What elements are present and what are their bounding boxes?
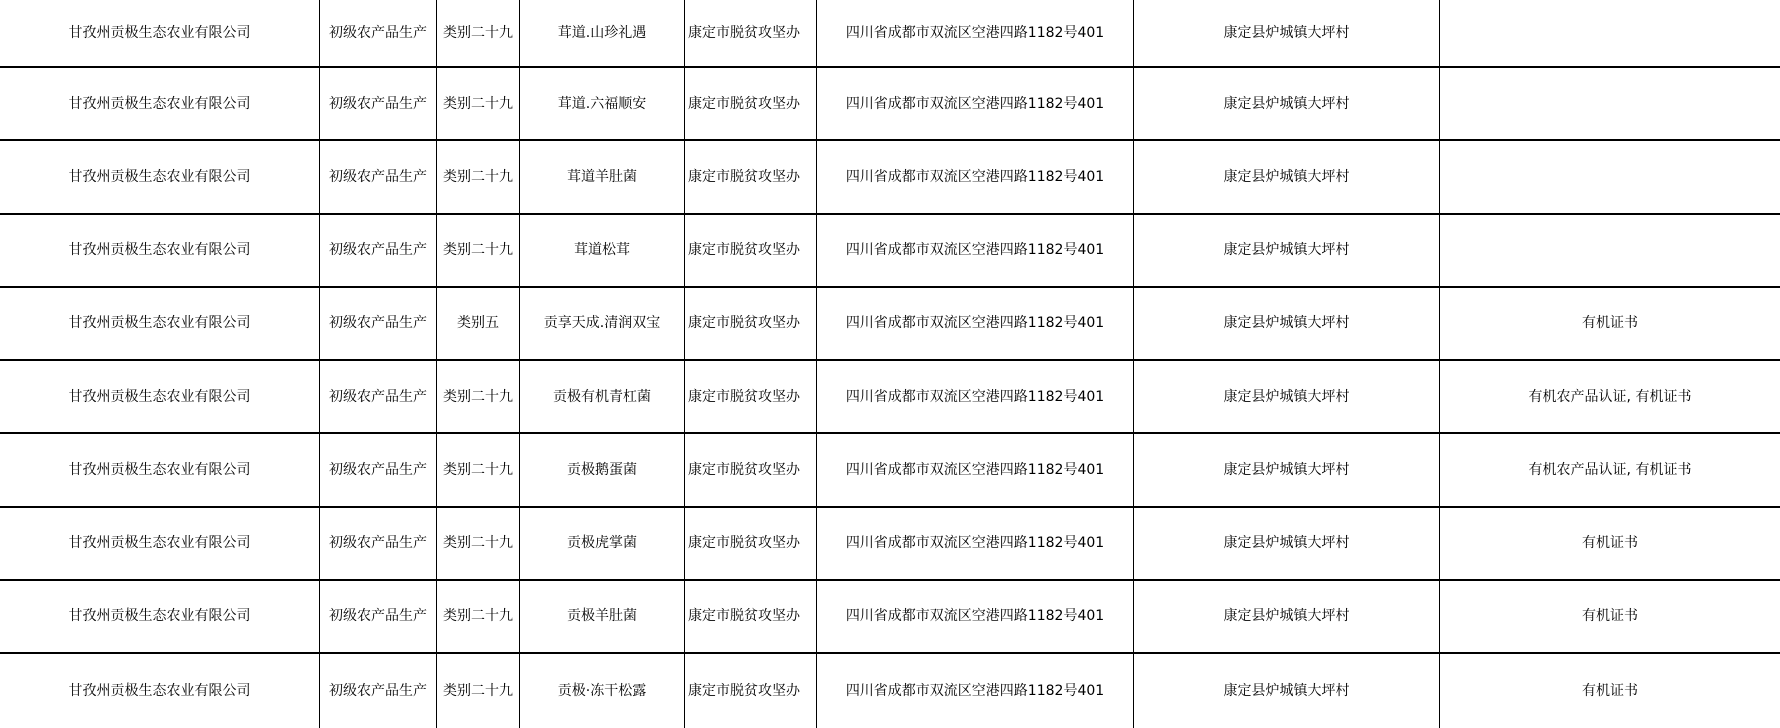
- table-row: 甘孜州贡极生态农业有限公司初级农产品生产类别二十九贡极·冻干松露康定市脱贫攻坚办…: [0, 654, 1780, 728]
- cell-business-type: 初级农产品生产: [320, 141, 437, 212]
- cell-category: 类别二十九: [437, 361, 520, 432]
- table-row: 甘孜州贡极生态农业有限公司初级农产品生产类别二十九贡极虎掌菌康定市脱贫攻坚办四川…: [0, 508, 1780, 581]
- cell-business-type: 初级农产品生产: [320, 361, 437, 432]
- cell-category: 类别二十九: [437, 654, 520, 728]
- cell-company-name: 甘孜州贡极生态农业有限公司: [0, 361, 320, 432]
- cell-production-site: 康定县炉城镇大坪村: [1134, 361, 1440, 432]
- cell-certification: [1440, 215, 1780, 286]
- cell-product-name: 贡极·冻干松露: [520, 654, 685, 728]
- cell-record-office: 康定市脱贫攻坚办: [685, 508, 817, 579]
- cell-production-site: 康定县炉城镇大坪村: [1134, 434, 1440, 505]
- cell-business-type: 初级农产品生产: [320, 581, 437, 652]
- cell-record-office: 康定市脱贫攻坚办: [685, 581, 817, 652]
- cell-company-address: 四川省成都市双流区空港四路1182号401: [817, 0, 1134, 66]
- cell-business-type: 初级农产品生产: [320, 215, 437, 286]
- cell-production-site: 康定县炉城镇大坪村: [1134, 508, 1440, 579]
- cell-business-type: 初级农产品生产: [320, 434, 437, 505]
- cell-company-address: 四川省成都市双流区空港四路1182号401: [817, 434, 1134, 505]
- cell-production-site: 康定县炉城镇大坪村: [1134, 0, 1440, 66]
- cell-category: 类别二十九: [437, 581, 520, 652]
- cell-product-name: 茸道.山珍礼遇: [520, 0, 685, 66]
- table-row: 甘孜州贡极生态农业有限公司初级农产品生产类别二十九贡极羊肚菌康定市脱贫攻坚办四川…: [0, 581, 1780, 654]
- cell-company-address: 四川省成都市双流区空港四路1182号401: [817, 581, 1134, 652]
- cell-certification: [1440, 68, 1780, 139]
- cell-category: 类别五: [437, 288, 520, 359]
- cell-production-site: 康定县炉城镇大坪村: [1134, 581, 1440, 652]
- cell-company-name: 甘孜州贡极生态农业有限公司: [0, 581, 320, 652]
- cell-company-address: 四川省成都市双流区空港四路1182号401: [817, 654, 1134, 728]
- cell-production-site: 康定县炉城镇大坪村: [1134, 654, 1440, 728]
- cell-company-name: 甘孜州贡极生态农业有限公司: [0, 0, 320, 66]
- cell-record-office: 康定市脱贫攻坚办: [685, 361, 817, 432]
- cell-product-name: 贡极羊肚菌: [520, 581, 685, 652]
- cell-record-office: 康定市脱贫攻坚办: [685, 215, 817, 286]
- cell-company-address: 四川省成都市双流区空港四路1182号401: [817, 215, 1134, 286]
- cell-record-office: 康定市脱贫攻坚办: [685, 68, 817, 139]
- cell-company-name: 甘孜州贡极生态农业有限公司: [0, 141, 320, 212]
- cell-product-name: 贡极虎掌菌: [520, 508, 685, 579]
- cell-business-type: 初级农产品生产: [320, 508, 437, 579]
- cell-category: 类别二十九: [437, 141, 520, 212]
- cell-product-name: 贡享天成.清润双宝: [520, 288, 685, 359]
- cell-record-office: 康定市脱贫攻坚办: [685, 0, 817, 66]
- cell-business-type: 初级农产品生产: [320, 654, 437, 728]
- cell-record-office: 康定市脱贫攻坚办: [685, 654, 817, 728]
- table-row: 甘孜州贡极生态农业有限公司初级农产品生产类别二十九茸道羊肚菌康定市脱贫攻坚办四川…: [0, 141, 1780, 214]
- cell-company-address: 四川省成都市双流区空港四路1182号401: [817, 68, 1134, 139]
- table-row: 甘孜州贡极生态农业有限公司初级农产品生产类别二十九贡极鹅蛋菌康定市脱贫攻坚办四川…: [0, 434, 1780, 507]
- cell-production-site: 康定县炉城镇大坪村: [1134, 141, 1440, 212]
- cell-business-type: 初级农产品生产: [320, 68, 437, 139]
- cell-category: 类别二十九: [437, 508, 520, 579]
- cell-company-name: 甘孜州贡极生态农业有限公司: [0, 215, 320, 286]
- cell-production-site: 康定县炉城镇大坪村: [1134, 215, 1440, 286]
- cell-company-name: 甘孜州贡极生态农业有限公司: [0, 288, 320, 359]
- table-row: 甘孜州贡极生态农业有限公司初级农产品生产类别五贡享天成.清润双宝康定市脱贫攻坚办…: [0, 288, 1780, 361]
- cell-production-site: 康定县炉城镇大坪村: [1134, 288, 1440, 359]
- cell-company-address: 四川省成都市双流区空港四路1182号401: [817, 508, 1134, 579]
- cell-product-name: 贡极有机青杠菌: [520, 361, 685, 432]
- records-table-viewport: 甘孜州贡极生态农业有限公司初级农产品生产类别二十九茸道.山珍礼遇康定市脱贫攻坚办…: [0, 0, 1780, 728]
- table-row: 甘孜州贡极生态农业有限公司初级农产品生产类别二十九贡极有机青杠菌康定市脱贫攻坚办…: [0, 361, 1780, 434]
- cell-record-office: 康定市脱贫攻坚办: [685, 141, 817, 212]
- cell-product-name: 茸道.六福顺安: [520, 68, 685, 139]
- cell-company-name: 甘孜州贡极生态农业有限公司: [0, 654, 320, 728]
- cell-company-name: 甘孜州贡极生态农业有限公司: [0, 68, 320, 139]
- cell-record-office: 康定市脱贫攻坚办: [685, 434, 817, 505]
- cell-business-type: 初级农产品生产: [320, 288, 437, 359]
- cell-category: 类别二十九: [437, 68, 520, 139]
- cell-certification: 有机证书: [1440, 508, 1780, 579]
- cell-category: 类别二十九: [437, 215, 520, 286]
- cell-product-name: 茸道松茸: [520, 215, 685, 286]
- cell-category: 类别二十九: [437, 0, 520, 66]
- cell-certification: 有机农产品认证, 有机证书: [1440, 361, 1780, 432]
- table-row: 甘孜州贡极生态农业有限公司初级农产品生产类别二十九茸道.六福顺安康定市脱贫攻坚办…: [0, 68, 1780, 141]
- cell-category: 类别二十九: [437, 434, 520, 505]
- cell-product-name: 贡极鹅蛋菌: [520, 434, 685, 505]
- cell-record-office: 康定市脱贫攻坚办: [685, 288, 817, 359]
- cell-company-name: 甘孜州贡极生态农业有限公司: [0, 434, 320, 505]
- cell-production-site: 康定县炉城镇大坪村: [1134, 68, 1440, 139]
- cell-certification: 有机证书: [1440, 288, 1780, 359]
- cell-company-name: 甘孜州贡极生态农业有限公司: [0, 508, 320, 579]
- cell-certification: [1440, 141, 1780, 212]
- table-row: 甘孜州贡极生态农业有限公司初级农产品生产类别二十九茸道松茸康定市脱贫攻坚办四川省…: [0, 215, 1780, 288]
- cell-business-type: 初级农产品生产: [320, 0, 437, 66]
- cell-company-address: 四川省成都市双流区空港四路1182号401: [817, 288, 1134, 359]
- cell-company-address: 四川省成都市双流区空港四路1182号401: [817, 361, 1134, 432]
- cell-company-address: 四川省成都市双流区空港四路1182号401: [817, 141, 1134, 212]
- cell-certification: 有机证书: [1440, 581, 1780, 652]
- table-row: 甘孜州贡极生态农业有限公司初级农产品生产类别二十九茸道.山珍礼遇康定市脱贫攻坚办…: [0, 0, 1780, 68]
- cell-certification: [1440, 0, 1780, 66]
- cell-product-name: 茸道羊肚菌: [520, 141, 685, 212]
- cell-certification: 有机农产品认证, 有机证书: [1440, 434, 1780, 505]
- cell-certification: 有机证书: [1440, 654, 1780, 728]
